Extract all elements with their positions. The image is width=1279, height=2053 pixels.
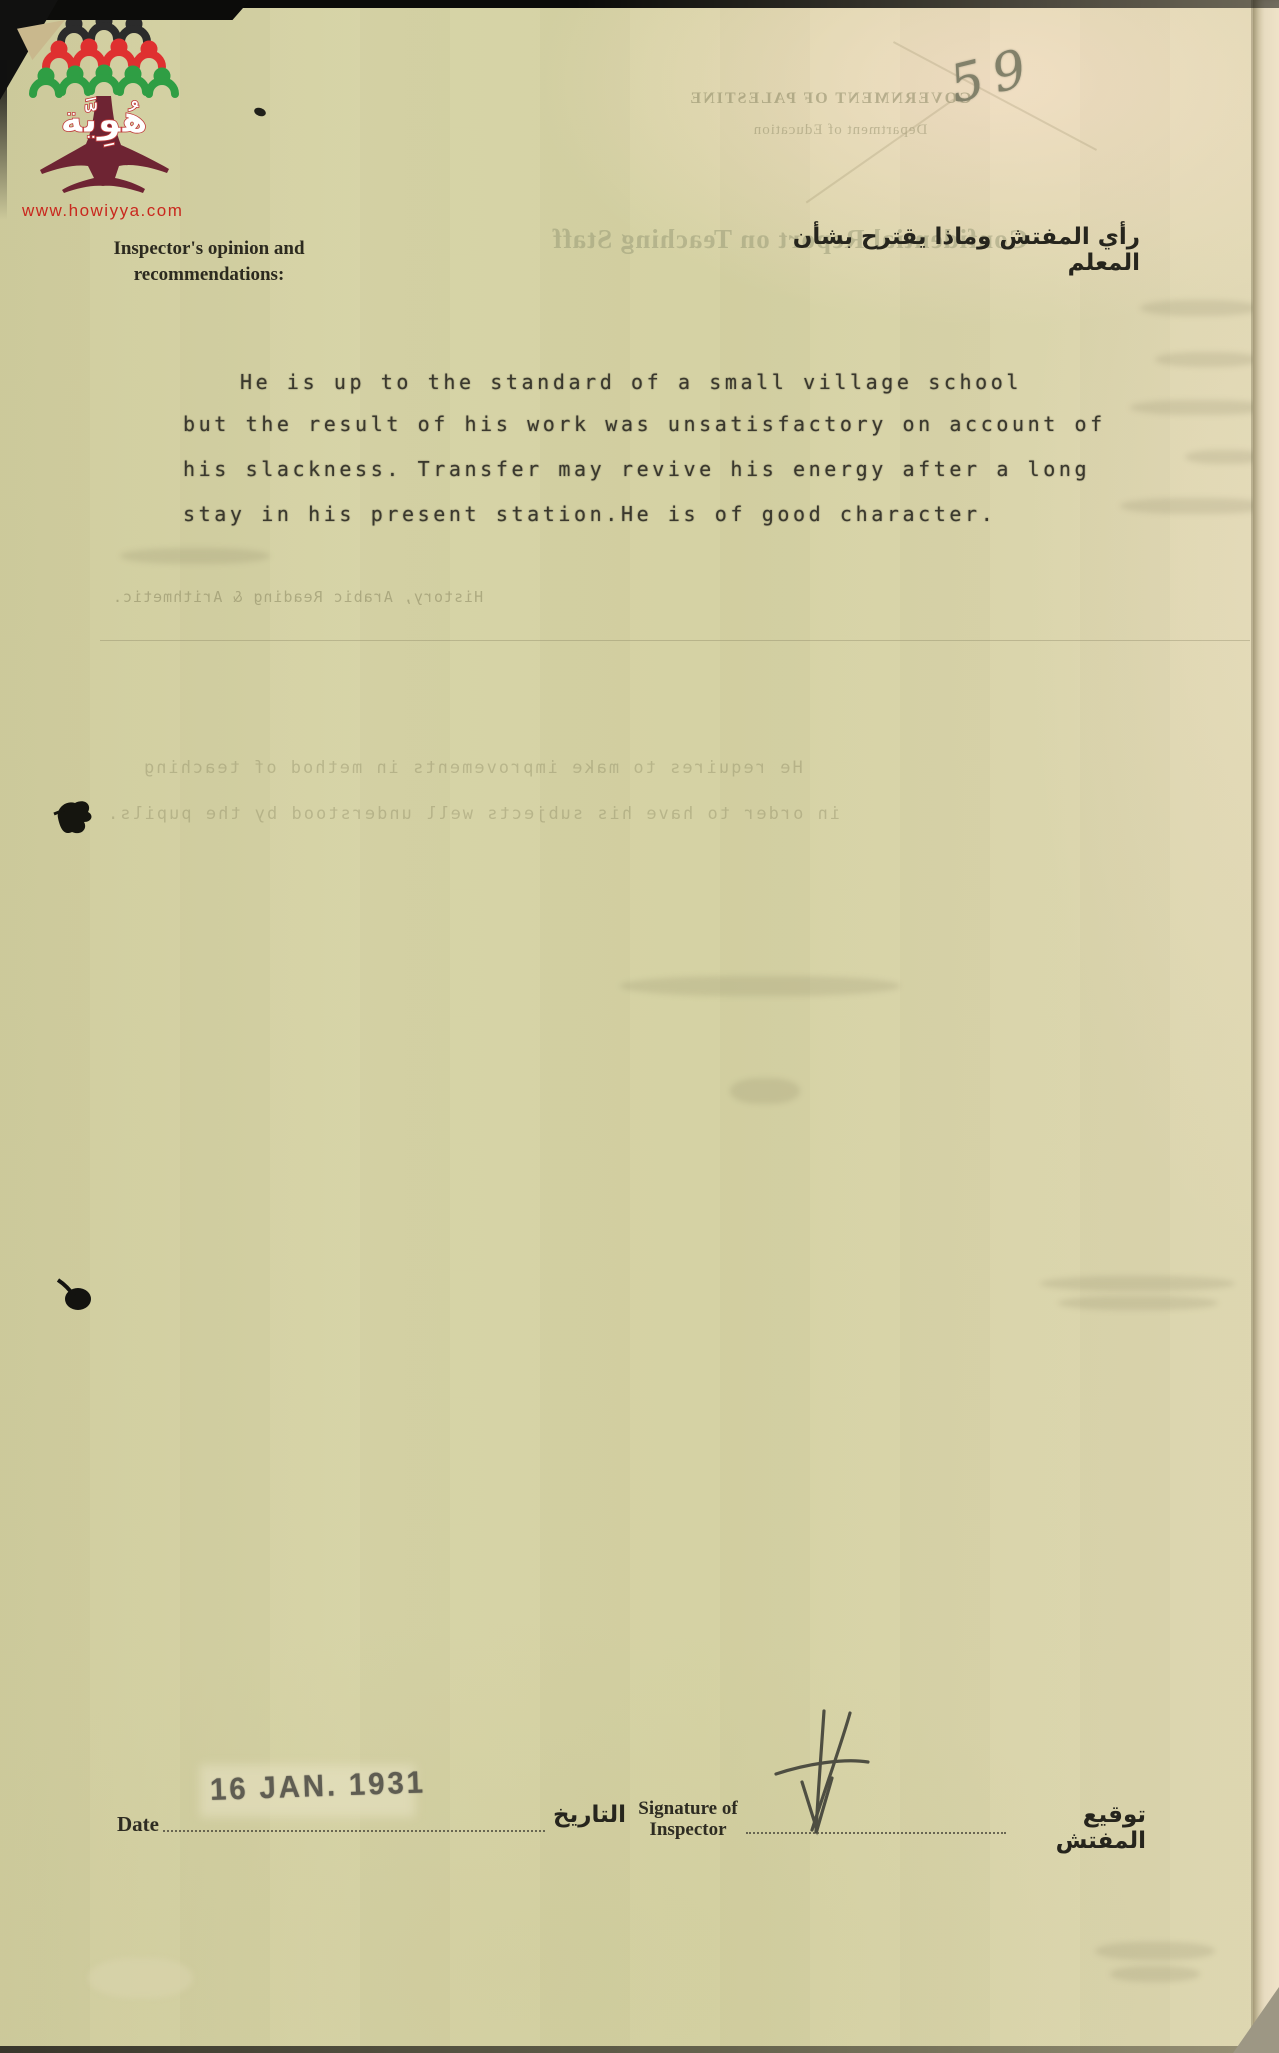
inspector-opinion-label-line1: Inspector's opinion and xyxy=(100,236,318,262)
watermark-url: www.howiyya.com xyxy=(22,201,222,221)
howiyya-tree-logo-icon: هُوِيَّة xyxy=(28,12,180,200)
opinion-text-line3: his slackness. Transfer may revive his e… xyxy=(183,457,1090,481)
ink-blot-icon xyxy=(52,790,96,842)
ghost-smudge xyxy=(1110,1966,1200,1982)
ghost-smudge xyxy=(730,1078,800,1104)
ink-speck xyxy=(253,106,267,118)
signature-label-arabic: توقيع المفتش xyxy=(1006,1802,1146,1854)
inspector-opinion-label-arabic: رأي المفتش وماذا يقترح بشأن المعلم xyxy=(755,224,1140,276)
signature-label-line2: Inspector xyxy=(632,1819,744,1840)
date-stamp: 16 JAN. 1931 xyxy=(209,1764,426,1808)
ghost-smudge xyxy=(88,1958,193,1998)
ghost-note-line-1: He requires to make improvements in meth… xyxy=(142,758,803,778)
ghost-smudge xyxy=(120,548,270,564)
date-label: Date xyxy=(117,1812,159,1837)
ghost-subjects-line: History, Arabic Reading & Arithmetic. xyxy=(112,588,483,606)
ghost-smudge xyxy=(1155,352,1260,367)
signature-label: Signature of Inspector xyxy=(632,1798,744,1840)
ghost-smudge xyxy=(1140,300,1260,316)
ghost-smudge xyxy=(1120,498,1270,514)
inspector-opinion-label-line2: recommendations: xyxy=(100,262,318,288)
scan-edge-bottom xyxy=(0,2046,1279,2053)
ghost-smudge xyxy=(1130,400,1270,415)
page-number-pencil: 59 xyxy=(944,36,1042,115)
opinion-text-line1: He is up to the standard of a small vill… xyxy=(240,370,1022,394)
signature-label-line1: Signature of xyxy=(632,1798,744,1819)
inspector-signature-handwriting xyxy=(772,1708,872,1840)
opinion-text-line4: stay in his present station.He is of goo… xyxy=(183,502,996,526)
ghost-header-department: Department of Education xyxy=(690,122,990,139)
ink-blot-icon xyxy=(52,1272,96,1318)
ghost-smudge xyxy=(1095,1942,1215,1960)
ghost-smudge xyxy=(1058,1296,1218,1310)
logo-calligraphy: هُوِيَّة xyxy=(60,96,148,148)
inspector-opinion-label: Inspector's opinion and recommendations: xyxy=(100,236,318,288)
opinion-text-line2: but the result of his work was unsatisfa… xyxy=(183,412,1106,436)
ghost-note-line-2: in order to have his subjects well under… xyxy=(106,804,840,824)
date-label-arabic: التاريخ xyxy=(546,1802,626,1828)
scan-edge-right xyxy=(1253,0,1279,2053)
scanned-document-page: GOVERNMENT OF PALESTINE Department of Ed… xyxy=(0,0,1279,2053)
ghost-smudge xyxy=(1040,1276,1235,1291)
ghost-smudge xyxy=(620,976,900,996)
scan-edge-left xyxy=(0,60,7,220)
ghost-rule-line xyxy=(100,640,1250,641)
paper-crease xyxy=(806,99,955,204)
